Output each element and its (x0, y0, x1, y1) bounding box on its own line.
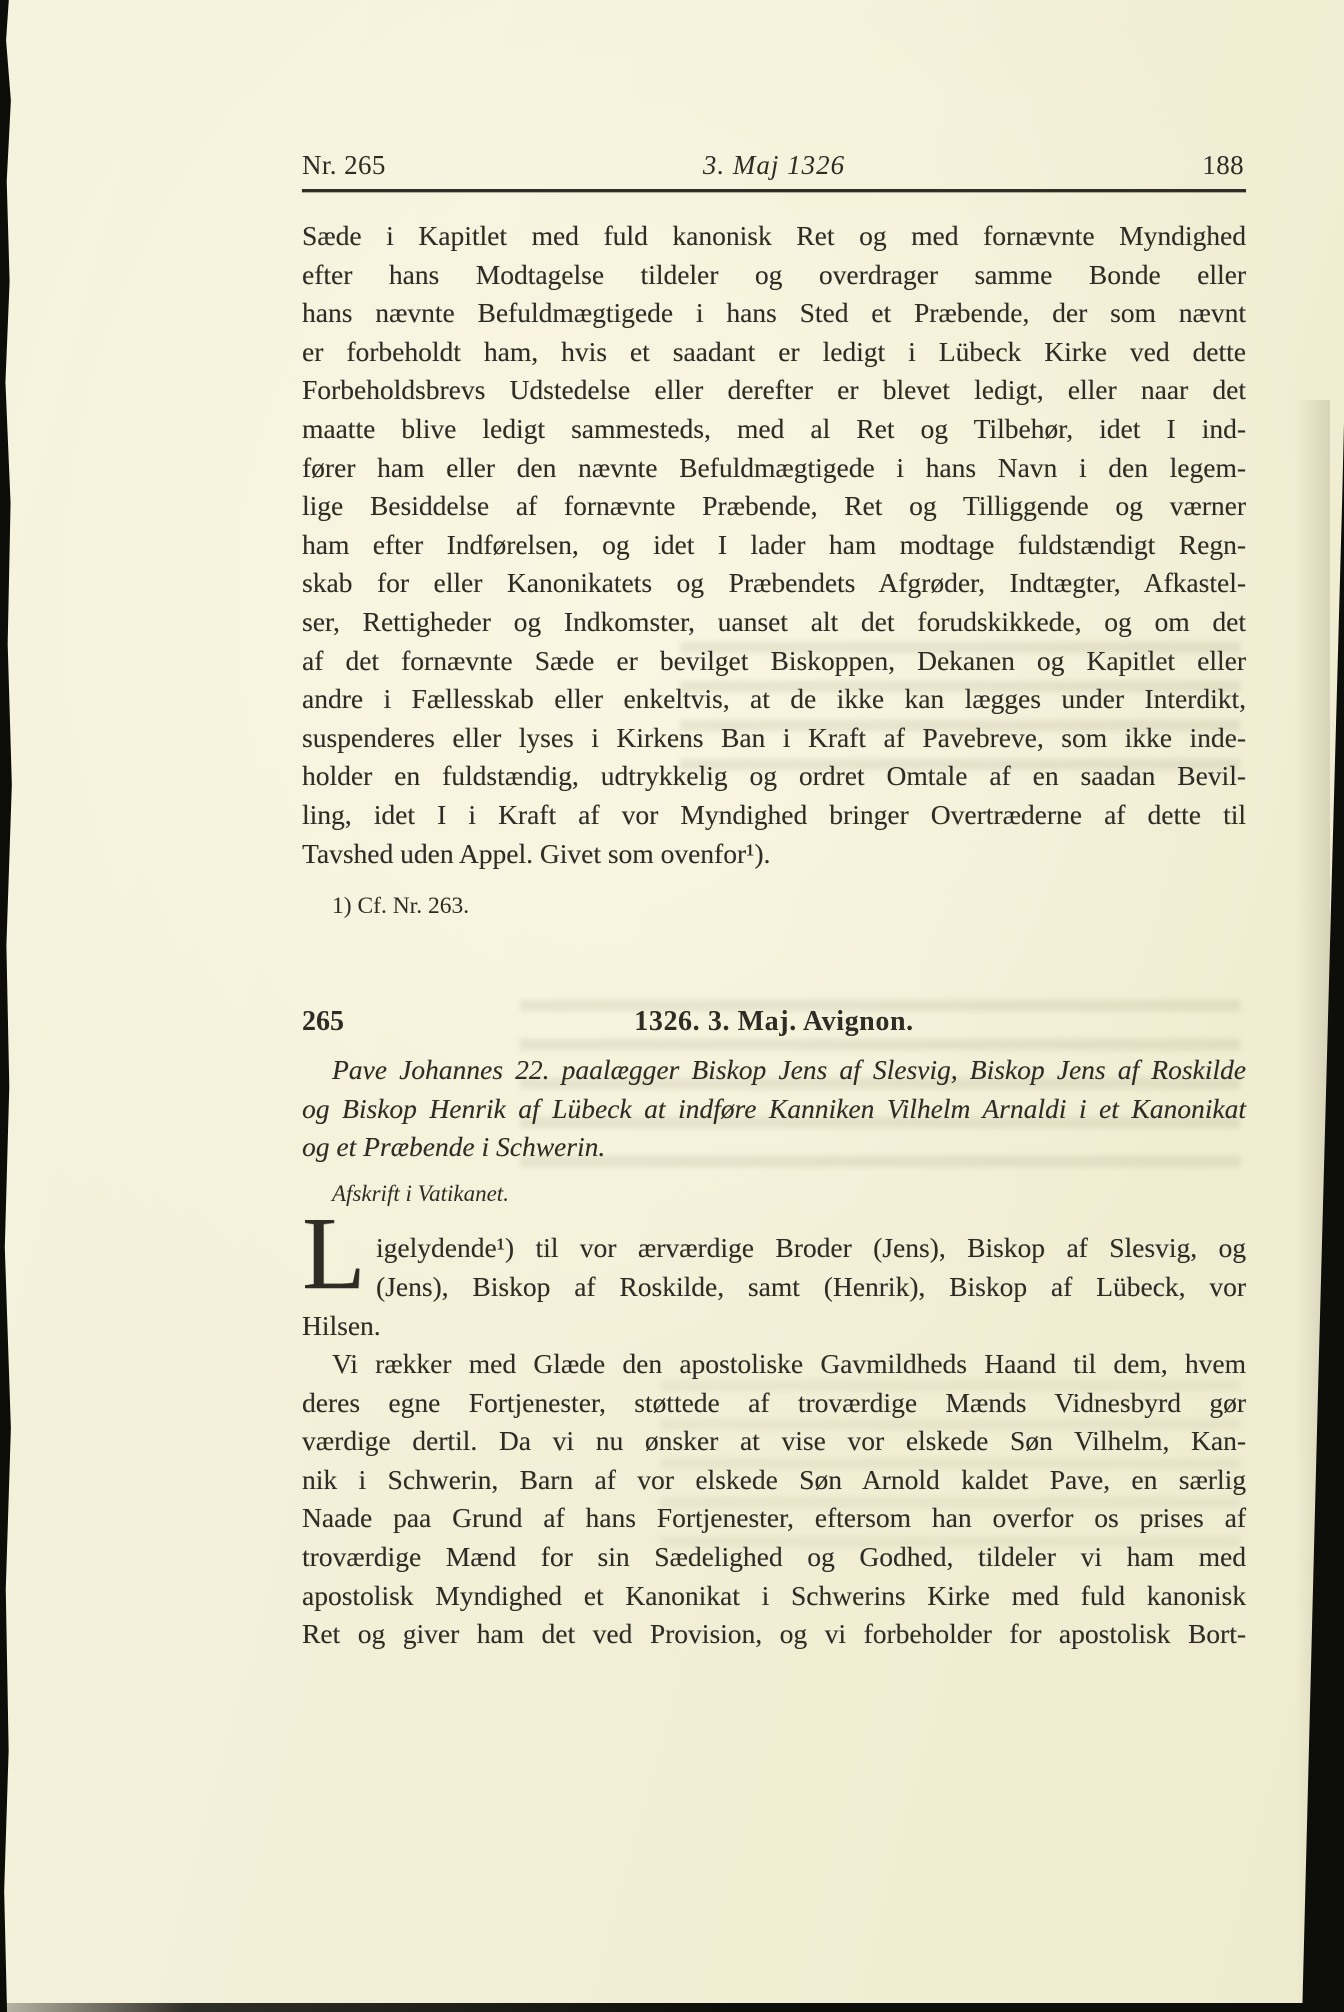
entry-date-place: 1326. 3. Maj. Avignon. (302, 1006, 1246, 1038)
entry-heading-row: 265 1326. 3. Maj. Avignon. (302, 1006, 1246, 1046)
text-line: hans nævnte Befuldmægtigede i hans Sted … (302, 294, 1246, 333)
scan-edge-left (0, 0, 16, 2012)
text-line: og Biskop Henrik af Lübeck at indføre Ka… (302, 1090, 1246, 1129)
page-content: Nr. 265 3. Maj 1326 188 Sæde i Kapitlet … (302, 0, 1246, 2012)
text-line: lige Besiddelse af fornævnte Præbende, R… (302, 487, 1246, 526)
text-line: andre i Fællesskab eller enkeltvis, at d… (302, 680, 1246, 719)
text-line: er forbeholdt ham, hvis et saadant er le… (302, 333, 1246, 372)
text-line: fører ham eller den nævnte Befuldmægtige… (302, 449, 1246, 488)
text-line: deres egne Fortjenester, støttede af tro… (302, 1384, 1246, 1423)
text-line: apostolisk Myndighed et Kanonikat i Schw… (302, 1577, 1246, 1616)
source-note: Afskrift i Vatikanet. (332, 1181, 1276, 1207)
text-line: troværdige Mænd for sin Sædelighed og Go… (302, 1538, 1246, 1577)
text-line: suspenderes eller lyses i Kirkens Ban i … (302, 719, 1246, 758)
text-line: Sæde i Kapitlet med fuld kanonisk Ret og… (302, 217, 1246, 256)
drop-cap: L (302, 1202, 366, 1306)
text-line: Vi rækker med Glæde den apostoliske Gavm… (302, 1345, 1246, 1384)
text-line: Ret og giver ham det ved Provision, og v… (302, 1615, 1246, 1654)
text-line: ling, idet I i Kraft af vor Myndighed br… (302, 796, 1246, 835)
running-header: Nr. 265 3. Maj 1326 188 (302, 150, 1246, 190)
text-line: (Jens), Biskop af Roskilde, samt (Henrik… (376, 1268, 1246, 1307)
page-number: 188 (1202, 150, 1244, 181)
text-line: af det fornævnte Sæde er bevilget Biskop… (302, 642, 1246, 681)
header-date: 3. Maj 1326 (302, 150, 1246, 181)
text-line: nik i Schwerin, Barn af vor elskede Søn … (302, 1461, 1246, 1500)
text-line: ser, Rettigheder og Indkomster, uanset a… (302, 603, 1246, 642)
paragraph-continuation: Sæde i Kapitlet med fuld kanonisk Ret og… (302, 217, 1246, 873)
text-line: ham efter Indførelsen, og idet I lader h… (302, 526, 1246, 565)
text-line: Forbeholdsbrevs Udstedelse eller derefte… (302, 371, 1246, 410)
text-line: værdige dertil. Da vi nu ønsker at vise … (302, 1422, 1246, 1461)
text-line: skab for eller Kanonikatets og Præbendet… (302, 564, 1246, 603)
text-line: og et Præbende i Schwerin. (302, 1128, 1246, 1167)
scan-edge-right (1296, 0, 1344, 2012)
scan-edge-bottom (0, 2003, 1344, 2012)
text-line: holder en fuldstændig, udtrykkelig og or… (302, 757, 1246, 796)
text-line: Hilsen. (302, 1307, 1246, 1346)
scanned-book-page: Nr. 265 3. Maj 1326 188 Sæde i Kapitlet … (0, 0, 1344, 2012)
text-line: Tavshed uden Appel. Givet som ovenfor¹). (302, 835, 1246, 874)
text-line: igelydende¹) til vor ærværdige Broder (J… (376, 1229, 1246, 1268)
text-line: Pave Johannes 22. paalægger Biskop Jens … (302, 1051, 1246, 1090)
footnote: 1) Cf. Nr. 263. (332, 893, 1276, 920)
text-line: efter hans Modtagelse tildeler og overdr… (302, 256, 1246, 295)
entry-body-paragraph: Vi rækker med Glæde den apostoliske Gavm… (302, 1345, 1246, 1654)
salutation-lines: igelydende¹) til vor ærværdige Broder (J… (376, 1229, 1246, 1306)
salutation-last-line: Hilsen. (302, 1307, 1246, 1346)
text-line: maatte blive ledigt sammesteds, med al R… (302, 410, 1246, 449)
header-rule (302, 189, 1246, 192)
text-line: Naade paa Grund af hans Fortjenester, ef… (302, 1499, 1246, 1538)
entry-regest: Pave Johannes 22. paalægger Biskop Jens … (302, 1051, 1246, 1167)
